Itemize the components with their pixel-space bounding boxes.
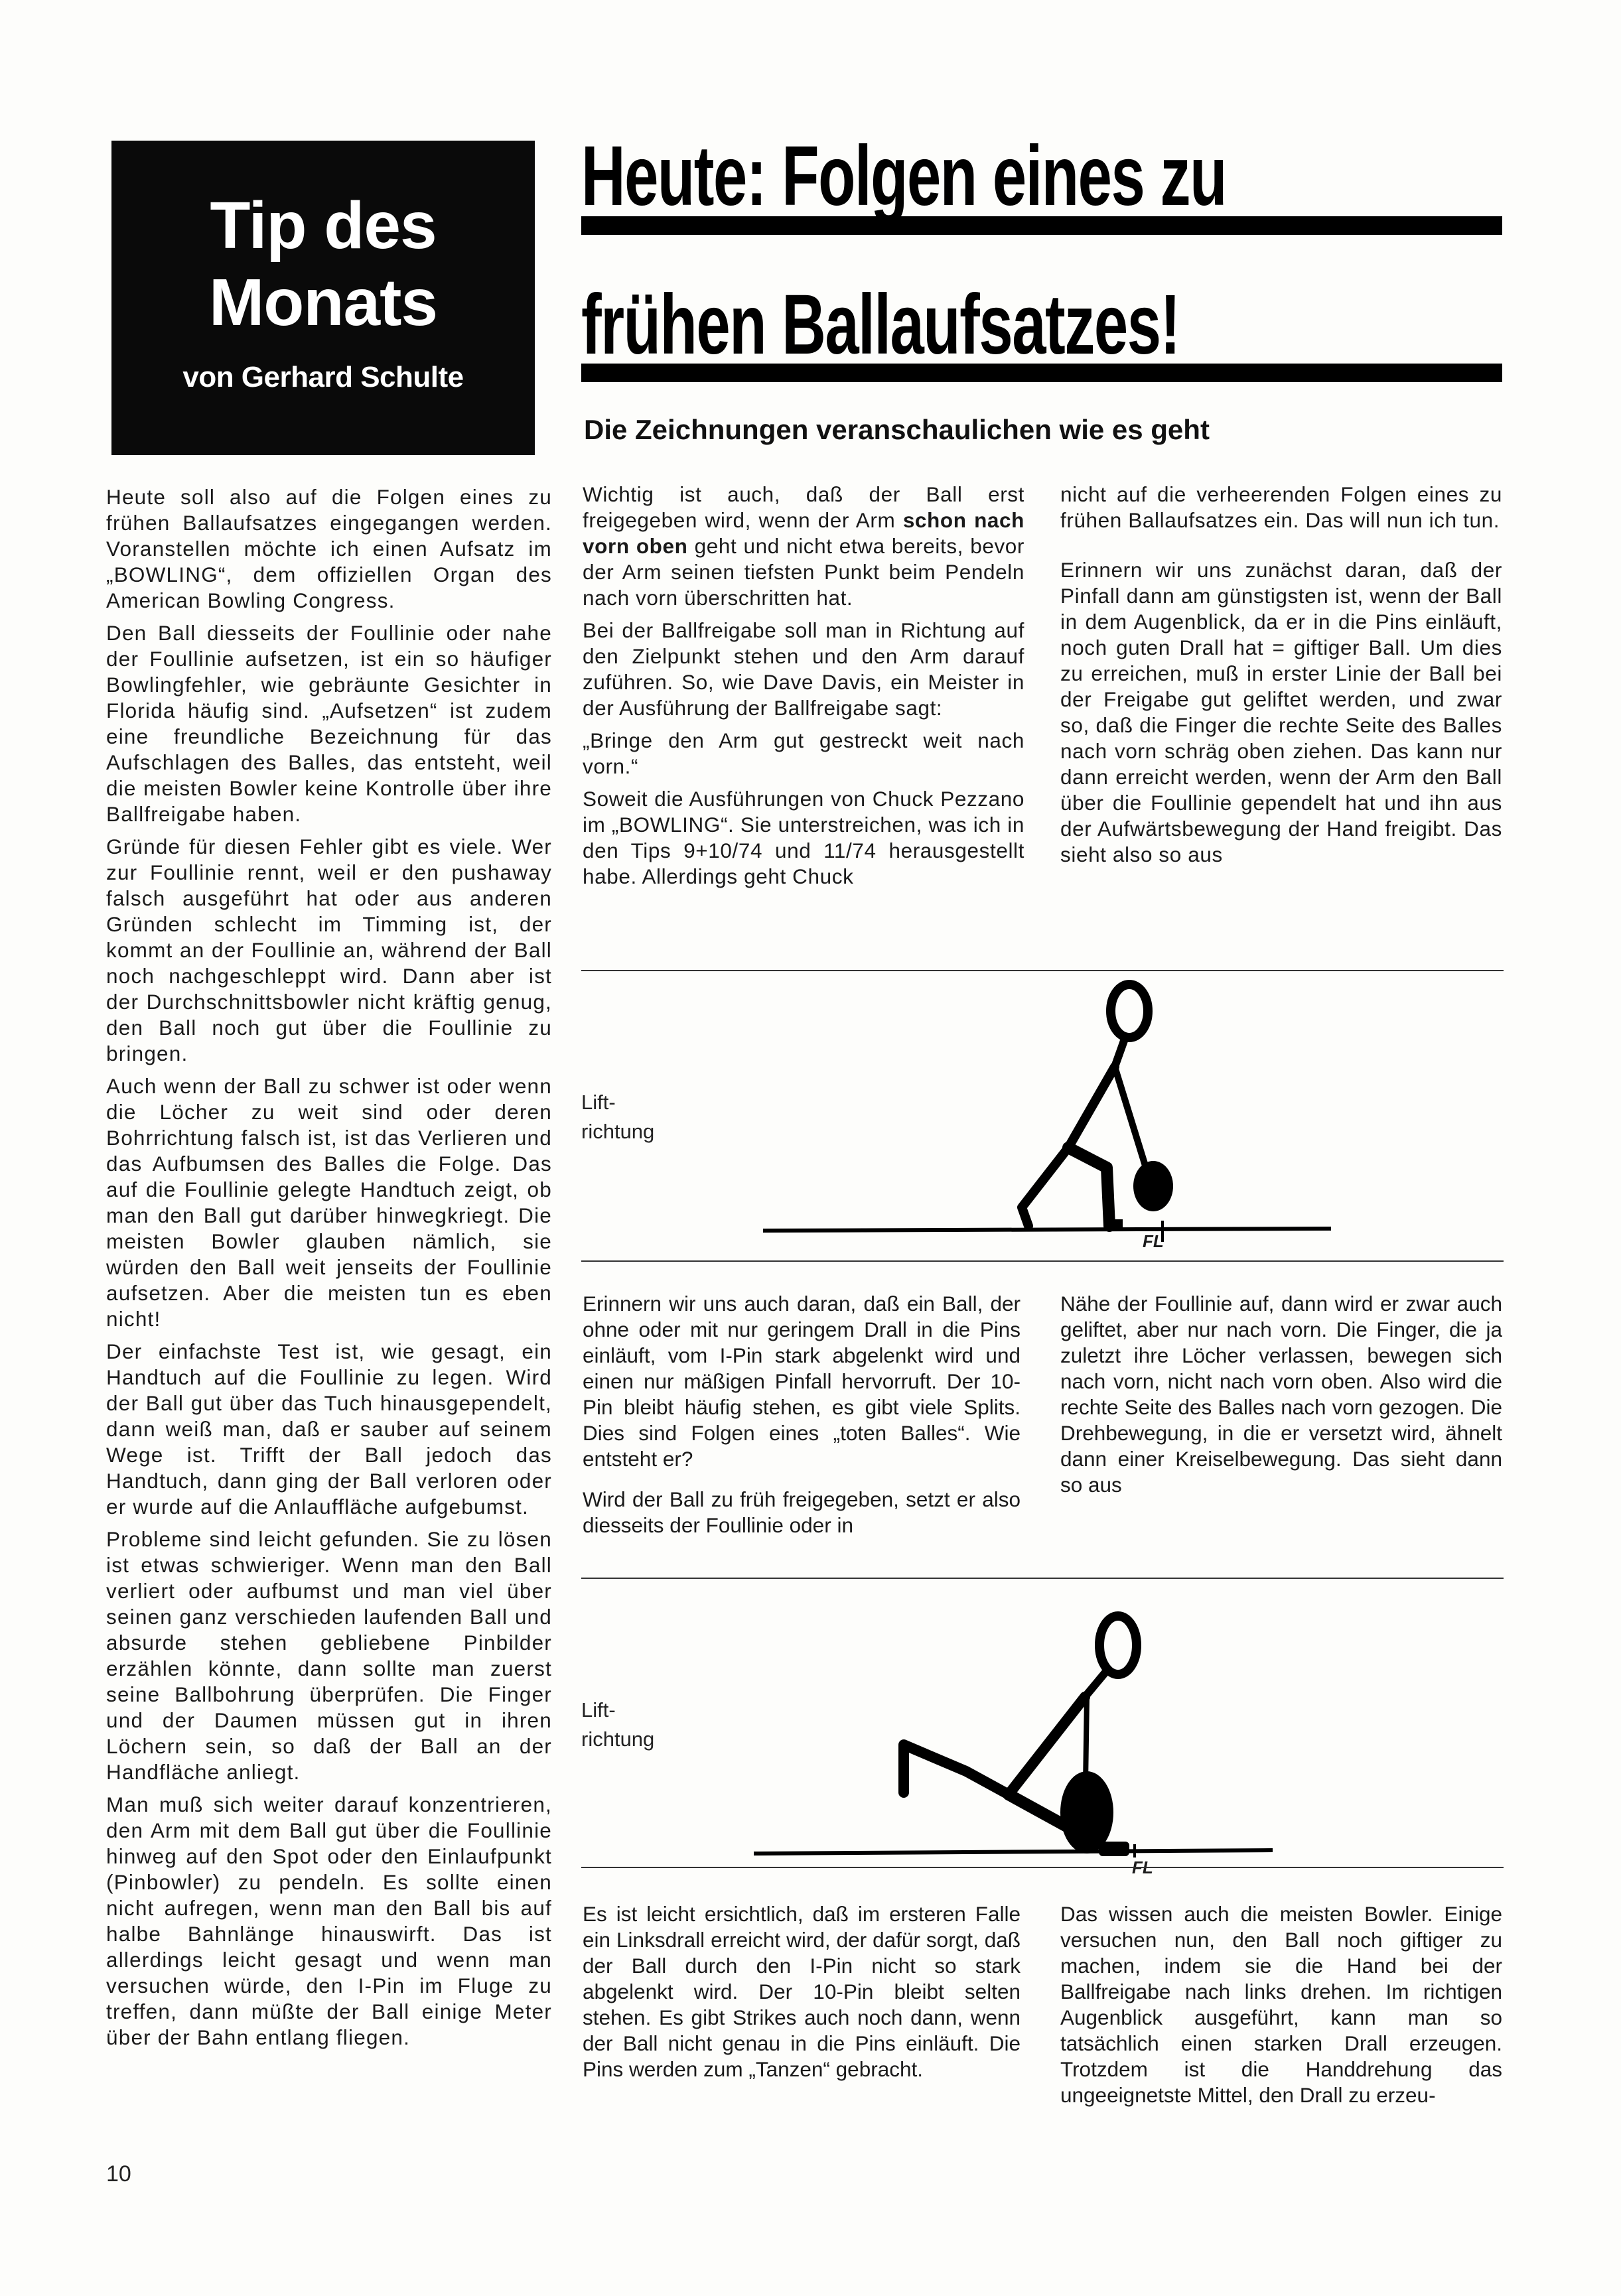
paragraph: Wird der Ball zu früh freigegeben, setzt… — [583, 1487, 1021, 1538]
tip-box-title: Tip des Monats — [111, 187, 535, 341]
paragraph: Probleme sind leicht gefunden. Sie zu lö… — [106, 1526, 552, 1785]
tip-des-monats-box: Tip des Monats von Gerhard Schulte — [111, 141, 535, 455]
article-column-5: Nähe der Foullinie auf, dann wird er zwa… — [1060, 1291, 1502, 1505]
paragraph: Nähe der Foullinie auf, dann wird er zwa… — [1060, 1291, 1502, 1498]
foul-line-label-1: FL — [1143, 1231, 1164, 1252]
subheadline: Die Zeichnungen veranschaulichen wie es … — [584, 414, 1210, 446]
article-column-3: nicht auf die verheerenden Folgen eines … — [1060, 482, 1502, 874]
article-column-6: Es ist leicht ersichtlich, daß im erster… — [583, 1901, 1021, 2089]
paragraph: nicht auf die verheerenden Folgen eines … — [1060, 482, 1502, 533]
figure-2-label: Lift- richtung — [581, 1696, 654, 1754]
tip-box-title-line1: Tip des — [111, 187, 535, 264]
tip-box-author: von Gerhard Schulte — [111, 361, 535, 394]
paragraph: Bei der Ballfreigabe soll man in Richtun… — [583, 618, 1024, 721]
paragraph: Auch wenn der Ball zu schwer ist oder we… — [106, 1073, 552, 1332]
figure-2-label-line2: richtung — [581, 1725, 654, 1754]
paragraph: Soweit die Ausführungen von Chuck Pezzan… — [583, 786, 1024, 890]
figure-2-label-line1: Lift- — [581, 1696, 654, 1725]
figure-2-bottom-rule — [581, 1867, 1504, 1868]
paragraph: Man muß sich weiter darauf konzentrieren… — [106, 1792, 552, 2051]
figure-1-label-line1: Lift- — [581, 1088, 654, 1117]
headline-line1: Heute: Folgen eines zu — [581, 130, 1245, 223]
headline-bar-1 — [581, 216, 1502, 235]
paragraph: Es ist leicht ersichtlich, daß im erster… — [583, 1901, 1021, 2082]
paragraph: Wichtig ist auch, daß der Ball erst frei… — [583, 482, 1024, 611]
paragraph: Heute soll also auf die Folgen eines zu … — [106, 484, 552, 614]
bowler-early-release-figure-icon — [730, 1579, 1367, 1857]
paragraph: Gründe für diesen Fehler gibt es viele. … — [106, 834, 552, 1067]
page-number: 10 — [106, 2161, 131, 2187]
tip-box-title-line2: Monats — [111, 264, 535, 341]
figure-1-label-line2: richtung — [581, 1117, 654, 1146]
paragraph: Erinnern wir uns zunächst daran, daß der… — [1060, 557, 1502, 868]
article-column-2: Wichtig ist auch, daß der Ball erst frei… — [583, 482, 1024, 896]
figure-1-top-rule — [581, 970, 1504, 971]
quote-paragraph: „Bringe den Arm gut gestreckt weit nach … — [583, 728, 1024, 779]
figure-1-label: Lift- richtung — [581, 1088, 654, 1146]
article-column-7: Das wissen auch die meisten Bowler. Eini… — [1060, 1901, 1502, 2115]
paragraph: Das wissen auch die meisten Bowler. Eini… — [1060, 1901, 1502, 2108]
paragraph: Den Ball diesseits der Foullinie oder na… — [106, 620, 552, 827]
article-column-4: Erinnern wir uns auch daran, daß ein Bal… — [583, 1291, 1021, 1545]
figure-1-drawing — [730, 975, 1367, 1254]
article-column-1: Heute soll also auf die Folgen eines zu … — [106, 484, 552, 2057]
headline-bar-2 — [581, 364, 1502, 382]
paragraph: Der einfachste Test ist, wie gesagt, ein… — [106, 1339, 552, 1520]
headline-line2: frühen Ballaufsatzes! — [581, 279, 1245, 371]
figure-1-bottom-rule — [581, 1260, 1504, 1262]
paragraph: Erinnern wir uns auch daran, daß ein Bal… — [583, 1291, 1021, 1472]
